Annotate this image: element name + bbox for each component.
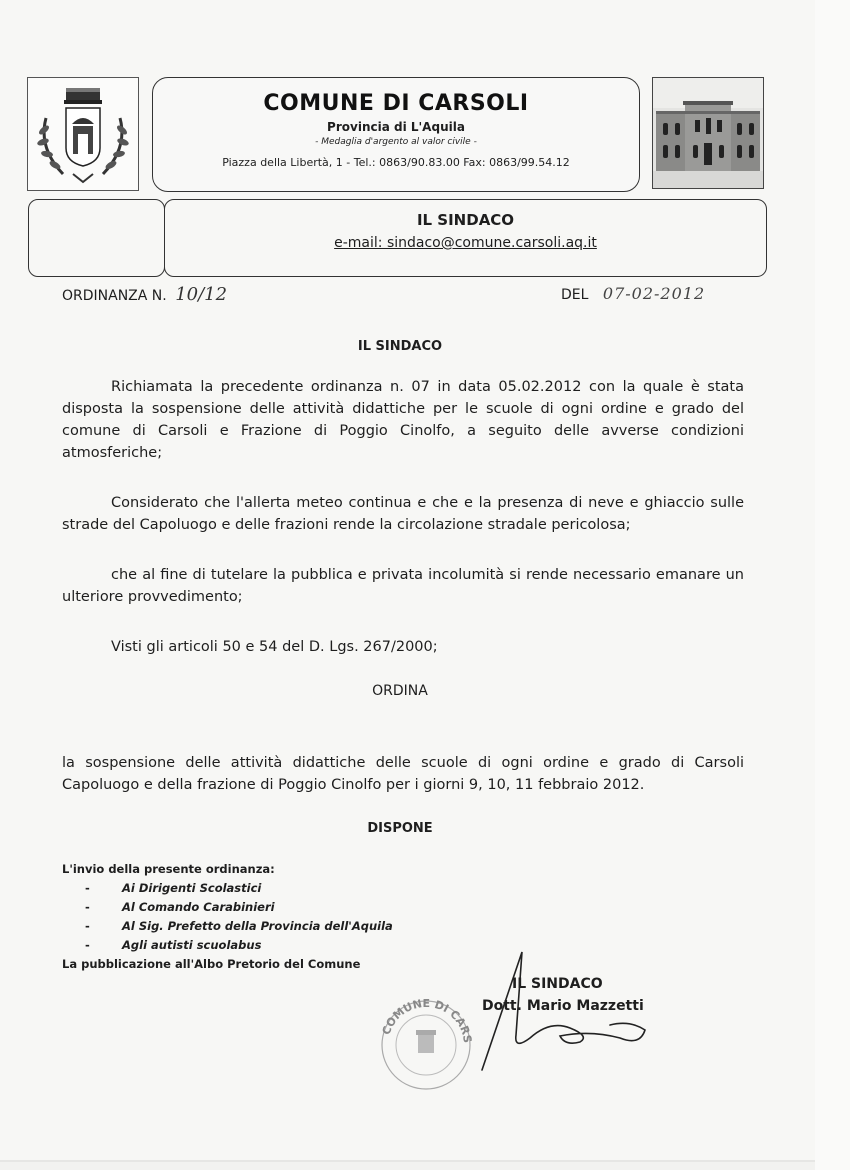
dispone-heading: DISPONE bbox=[0, 821, 800, 836]
signature-icon bbox=[470, 950, 670, 1080]
mayor-office-header: IL SINDACO e-mail: sindaco@comune.carsol… bbox=[164, 199, 767, 277]
handwritten-signature bbox=[470, 950, 670, 1080]
official-stamp: COMUNE DI CARSOLI bbox=[376, 990, 476, 1090]
dispone-intro: L'invio della presente ordinanza: bbox=[62, 860, 393, 879]
recipient-item: -Ai Dirigenti Scolastici bbox=[62, 879, 393, 898]
province-name: Provincia di L'Aquila bbox=[153, 120, 639, 134]
town-hall-photo bbox=[652, 77, 764, 189]
paragraph-4: Visti gli articoli 50 e 54 del D. Lgs. 2… bbox=[62, 636, 744, 658]
stamp-icon: COMUNE DI CARSOLI bbox=[376, 990, 476, 1090]
recipient-item: -Al Sig. Prefetto della Provincia dell'A… bbox=[62, 917, 393, 936]
ordinance-date-line: DEL 07-02-2012 bbox=[561, 284, 705, 303]
office-title: IL SINDACO bbox=[165, 211, 766, 229]
publication-note: La pubblicazione all'Albo Pretorio del C… bbox=[62, 955, 393, 974]
paragraph-1: Richiamata la precedente ordinanza n. 07… bbox=[62, 376, 744, 464]
coat-of-arms-icon bbox=[28, 78, 138, 190]
page-edge bbox=[815, 0, 850, 1170]
recipient-item: -Al Comando Carabinieri bbox=[62, 898, 393, 917]
blank-box bbox=[28, 199, 165, 277]
body-heading: IL SINDACO bbox=[0, 339, 800, 354]
municipality-name: COMUNE DI CARSOLI bbox=[153, 91, 639, 116]
ordinance-label: ORDINANZA N. bbox=[62, 288, 167, 304]
recipient-item: -Agli autisti scuolabus bbox=[62, 936, 393, 955]
town-hall-icon bbox=[653, 78, 763, 188]
crest-box bbox=[27, 77, 139, 191]
ordinance-date: 07-02-2012 bbox=[603, 284, 705, 303]
honor-text: - Medaglia d'argento al valor civile - bbox=[153, 137, 639, 147]
municipality-header: COMUNE DI CARSOLI Provincia di L'Aquila … bbox=[152, 77, 640, 192]
date-label: DEL bbox=[561, 287, 588, 303]
orders-heading: ORDINA bbox=[0, 683, 800, 699]
distribution-list: L'invio della presente ordinanza: -Ai Di… bbox=[62, 860, 393, 974]
ordinance-number: 10/12 bbox=[175, 284, 227, 305]
order-text: la sospensione delle attività didattiche… bbox=[62, 752, 744, 796]
paragraph-2: Considerato che l'allerta meteo continua… bbox=[62, 492, 744, 536]
office-email[interactable]: e-mail: sindaco@comune.carsoli.aq.it bbox=[165, 235, 766, 251]
ordinance-number-line: ORDINANZA N. 10/12 bbox=[62, 284, 227, 305]
contact-address: Piazza della Libertà, 1 - Tel.: 0863/90.… bbox=[153, 156, 639, 169]
paragraph-3: che al fine di tutelare la pubblica e pr… bbox=[62, 564, 744, 608]
